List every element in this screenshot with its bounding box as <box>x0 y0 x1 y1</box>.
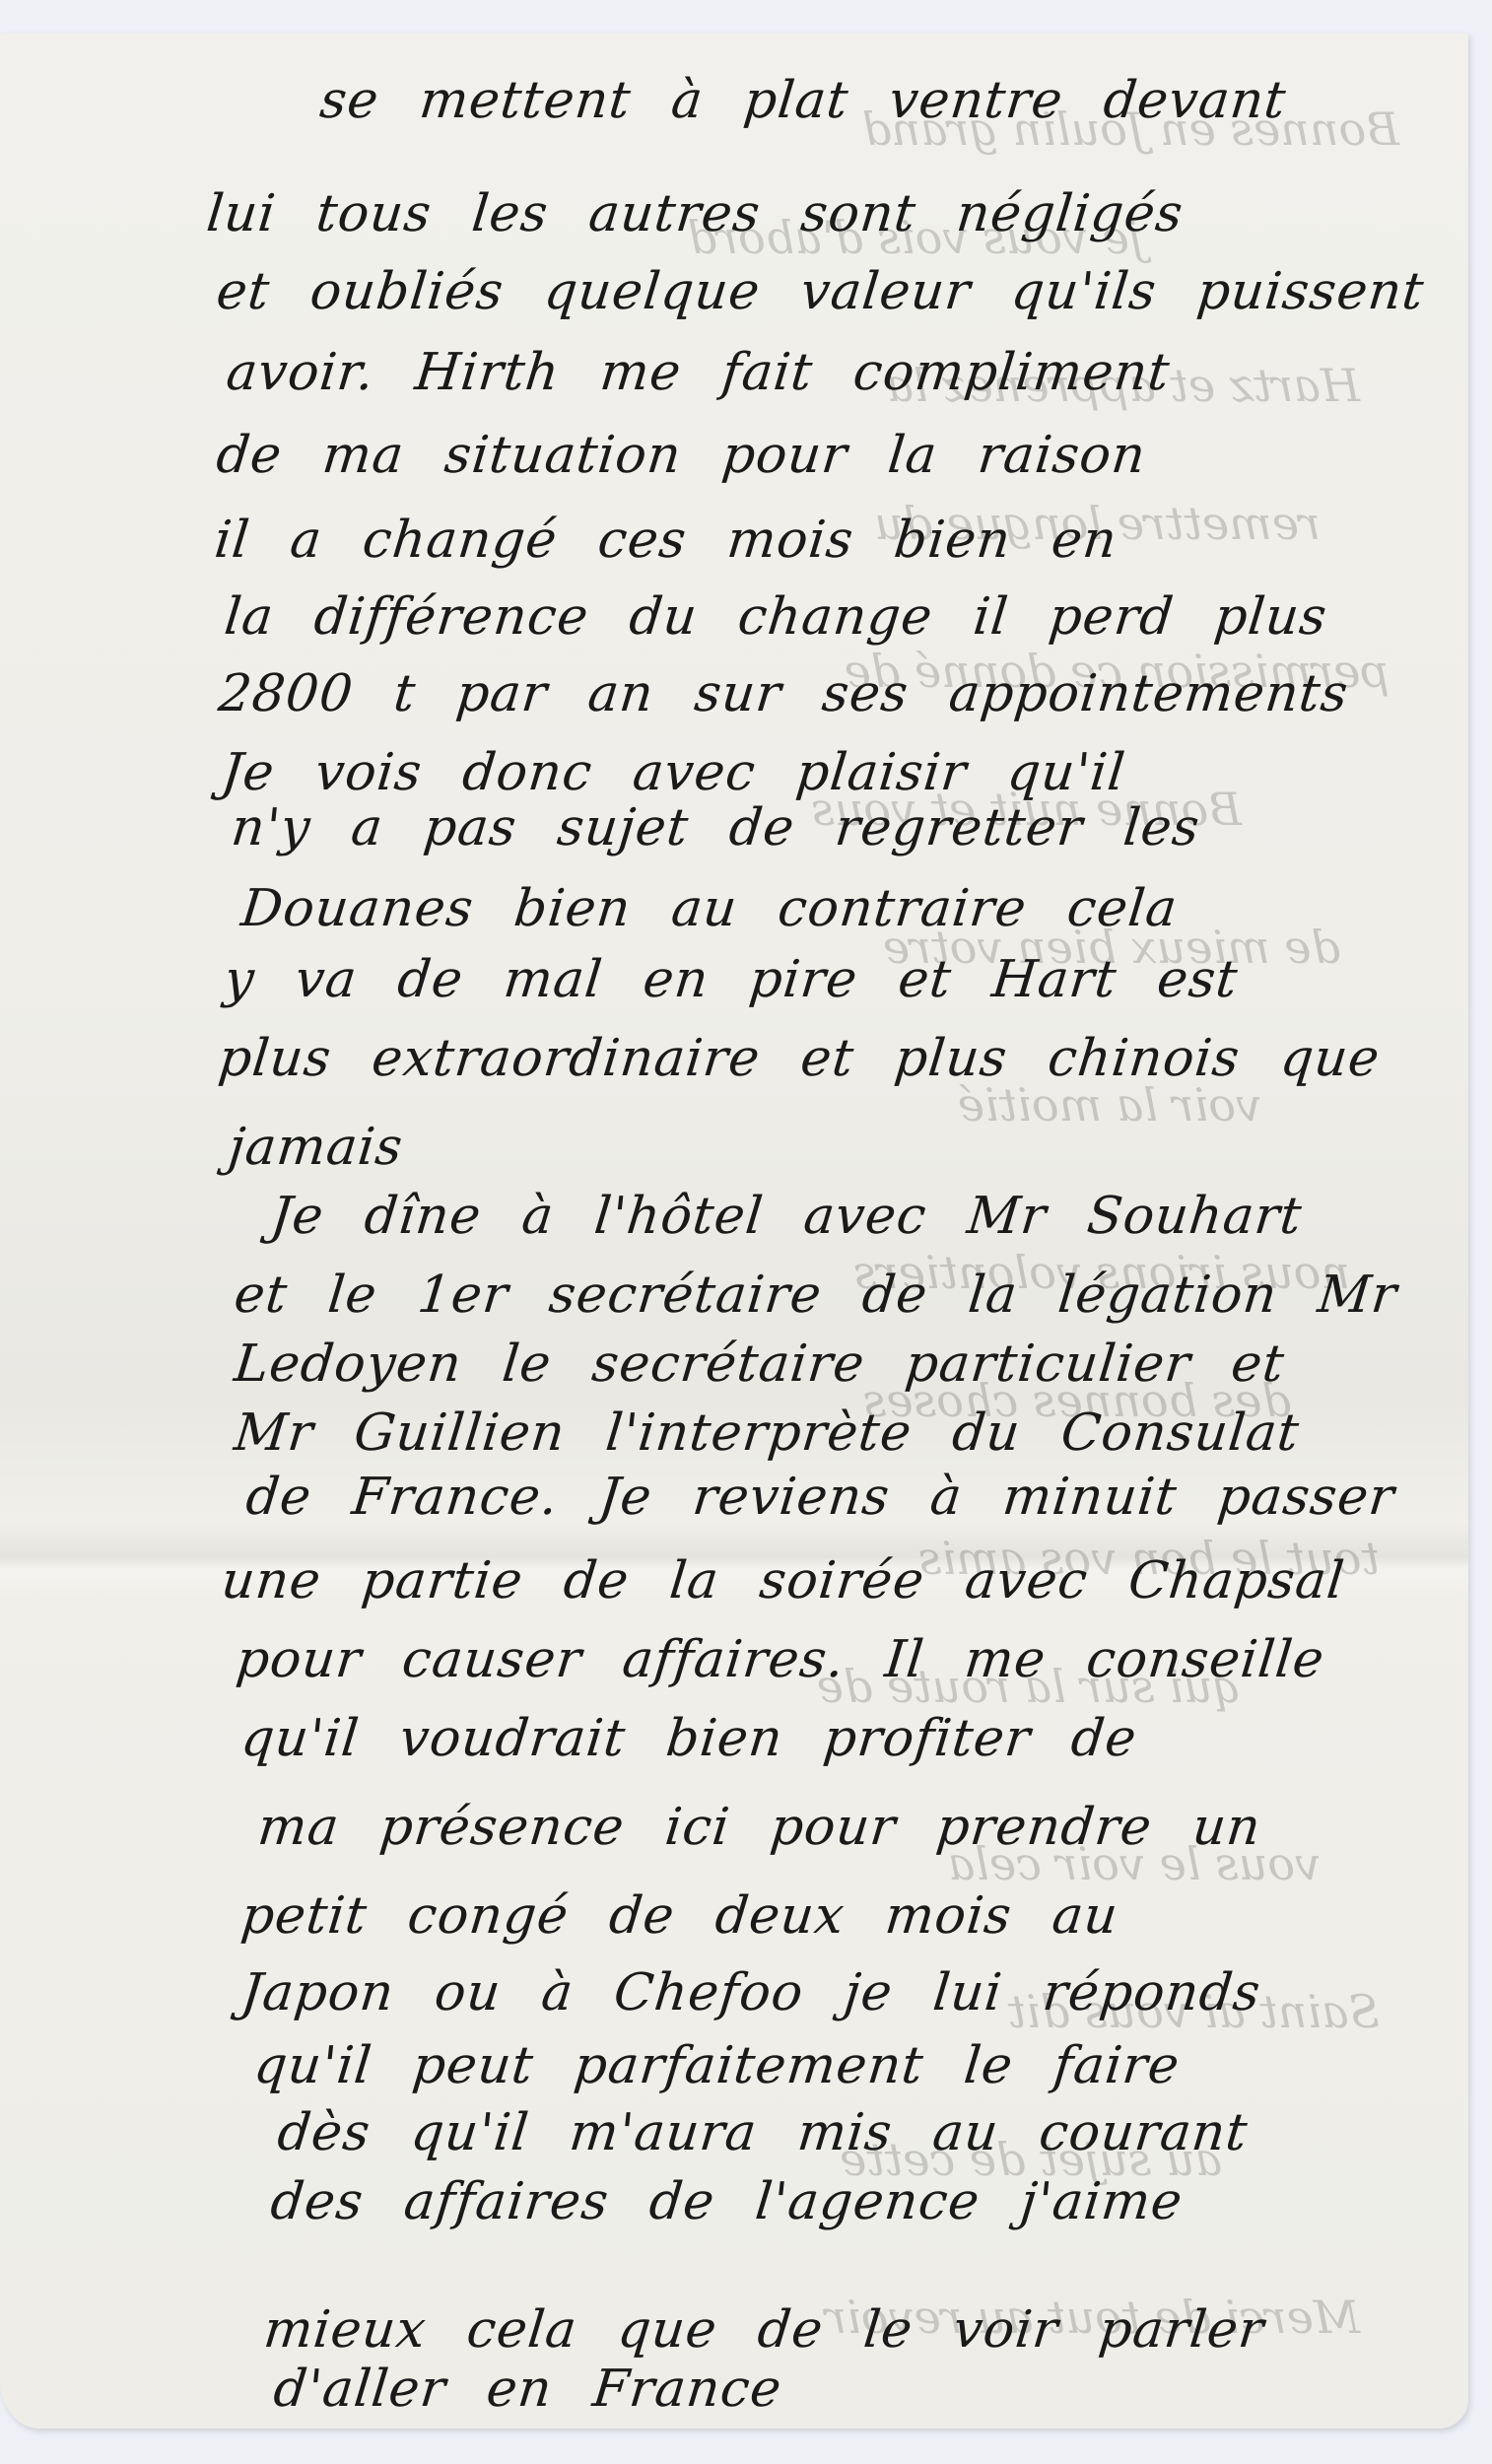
letter-line: n'y a pas sujet de regretter les <box>229 798 1432 857</box>
letter-line: pour causer affaires. Il me conseille <box>234 1630 1432 1689</box>
letter-line: plus extraordinaire et plus chinois que <box>216 1029 1432 1088</box>
letter-line: et oubliés quelque valeur qu'ils puissen… <box>214 262 1432 321</box>
letter-line: Mr Guillien l'interprète du Consulat <box>232 1403 1432 1463</box>
letter-line: petit congé de deux mois au <box>238 1886 1432 1946</box>
letter-line: mieux cela que de le voir parler <box>261 2300 1432 2360</box>
letter-line: Japon ou à Chefoo je lui réponds <box>238 1963 1432 2022</box>
letter-line: de ma situation pour la raison <box>214 426 1432 485</box>
letter-line: d'aller en France <box>271 2360 1432 2419</box>
letter-line: Douanes bien au contraire cela <box>238 879 1432 938</box>
letter-line: lui tous les autres sont négligés <box>204 184 1432 243</box>
letter-line: Je dîne à l'hôtel avec Mr Souhart <box>268 1187 1432 1246</box>
letter-line: Je vois donc avec plaisir qu'il <box>219 743 1432 802</box>
letter-line: la différence du change il perd plus <box>222 587 1432 647</box>
letter-line: Ledoyen le secrétaire particulier et <box>232 1335 1432 1394</box>
letter-line: qu'il voudrait bien profiter de <box>238 1709 1432 1768</box>
letter-line: 2800 t par an sur ses appointements <box>216 664 1432 723</box>
letter-line: de France. Je reviens à minuit passer <box>243 1468 1432 1527</box>
letter-line: il a changé ces mois bien en <box>212 511 1432 570</box>
letter-line: jamais <box>226 1118 1432 1177</box>
letter-line: dès qu'il m'aura mis au courant <box>275 2103 1432 2162</box>
letter-line: une partie de la soirée avec Chapsal <box>219 1551 1432 1610</box>
letter-line: se mettent à plat ventre devant <box>317 71 1432 130</box>
letter-line: y va de mal en pire et Hart est <box>222 950 1432 1009</box>
letter-line: et le 1er secrétaire de la légation Mr <box>232 1266 1432 1325</box>
letter-line: avoir. Hirth me fait compliment <box>224 343 1432 402</box>
letter-line: des affaires de l'agence j'aime <box>268 2172 1432 2231</box>
letter-line: qu'il peut parfaitement le faire <box>251 2036 1432 2095</box>
letter-line: ma présence ici pour prendre un <box>255 1798 1432 1857</box>
letter-page: Bonnes en Joulin grand je vous vois d'ab… <box>0 34 1468 2429</box>
